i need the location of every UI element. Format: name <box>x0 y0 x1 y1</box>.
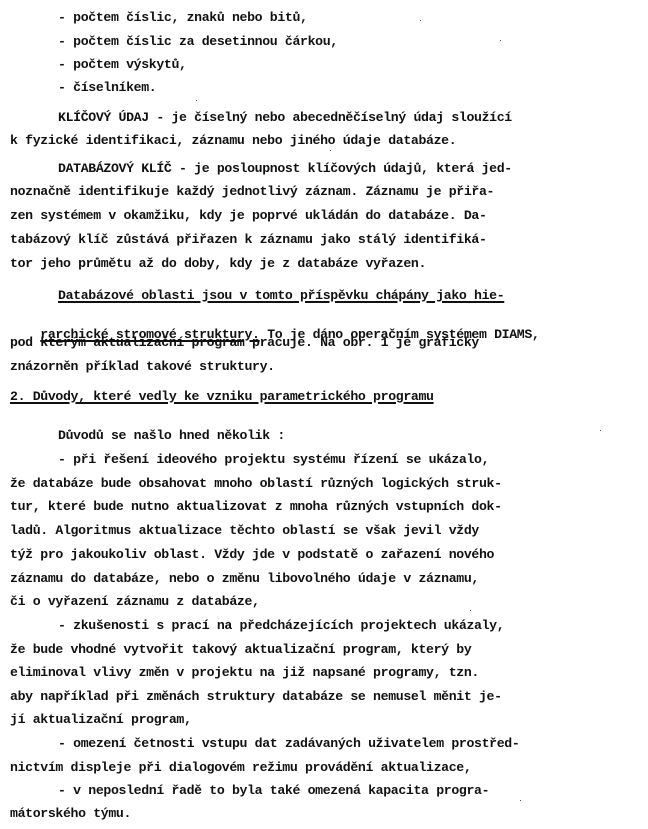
scan-speck <box>330 150 331 151</box>
reasons-line: aby například při změnách struktury data… <box>10 689 502 705</box>
reasons-line: - omezení četnosti vstupu dat zadávaných… <box>58 736 519 752</box>
list-item: - počtem číslic za desetinnou čárkou, <box>58 34 338 50</box>
reasons-line: jí aktualizační program, <box>10 712 192 728</box>
reasons-line: týž pro jakoukoliv oblast. Vždy jde v po… <box>10 547 494 563</box>
reasons-line: nictvím displeje při dialogovém režimu p… <box>10 760 471 776</box>
list-item: - číselníkem. <box>58 80 156 96</box>
scan-speck <box>500 40 501 41</box>
section-heading: 2. Důvody, které vedly ke vzniku paramet… <box>10 389 434 405</box>
paragraph-areas-line: znázorněn příklad takové struktury. <box>10 359 275 375</box>
scanned-document-page: - počtem číslic, znaků nebo bitů, - počt… <box>0 0 648 829</box>
reasons-line: - v neposlední řadě to byla také omezená… <box>58 783 489 799</box>
list-item: - počtem výskytů, <box>58 57 187 73</box>
definition-klicovy-udaj-line: k fyzické identifikaci, záznamu nebo jin… <box>10 133 456 149</box>
definition-databazovy-klic-line: DATABÁZOVÝ KLÍČ - je posloupnost klíčový… <box>58 161 512 177</box>
reasons-line: mátorského týmu. <box>10 806 131 822</box>
reasons-intro: Důvodů se našlo hned několik : <box>58 428 285 444</box>
list-item: - počtem číslic, znaků nebo bitů, <box>58 10 308 26</box>
scan-speck <box>600 430 601 431</box>
scan-speck <box>470 610 471 611</box>
reasons-line: záznamu do databáze, nebo o změnu libovo… <box>10 571 479 587</box>
reasons-line: - při řešení ideového projektu systému ř… <box>58 452 489 468</box>
scan-speck <box>420 20 421 21</box>
reasons-line: tur, které bude nutno aktualizovat z mno… <box>10 499 502 515</box>
scan-speck <box>196 100 197 101</box>
reasons-line: ladů. Algoritmus aktualizace těchto obla… <box>10 523 479 539</box>
definition-databazovy-klic-line: tabázový klíč zůstává přiřazen k záznamu… <box>10 232 487 248</box>
definition-databazovy-klic-line: zen systémem v okamžiku, kdy je poprvé u… <box>10 208 487 224</box>
reasons-line: - zkušenosti s prací na předcházejících … <box>58 618 504 634</box>
reasons-line: že databáze bude obsahovat mnoho oblastí… <box>10 476 502 492</box>
scan-speck <box>520 800 521 801</box>
definition-databazovy-klic-line: noznačně identifikuje každý jednotlivý z… <box>10 184 494 200</box>
reasons-line: eliminoval vlivy změn v projektu na již … <box>10 665 479 681</box>
paragraph-areas-line-underlined: Databázové oblasti jsou v tomto příspěvk… <box>58 288 504 304</box>
definition-databazovy-klic-line: tor jeho průmětu až do doby, kdy je z da… <box>10 256 426 272</box>
paragraph-areas-line: pod kterým aktualizační program pracuje.… <box>10 335 479 351</box>
definition-klicovy-udaj-line: KLÍČOVÝ ÚDAJ - je číselný nebo abecedněč… <box>58 110 512 126</box>
reasons-line: že bude vhodné vytvořit takový aktualiza… <box>10 642 471 658</box>
reasons-line: či o vyřazení záznamu z databáze, <box>10 594 260 610</box>
